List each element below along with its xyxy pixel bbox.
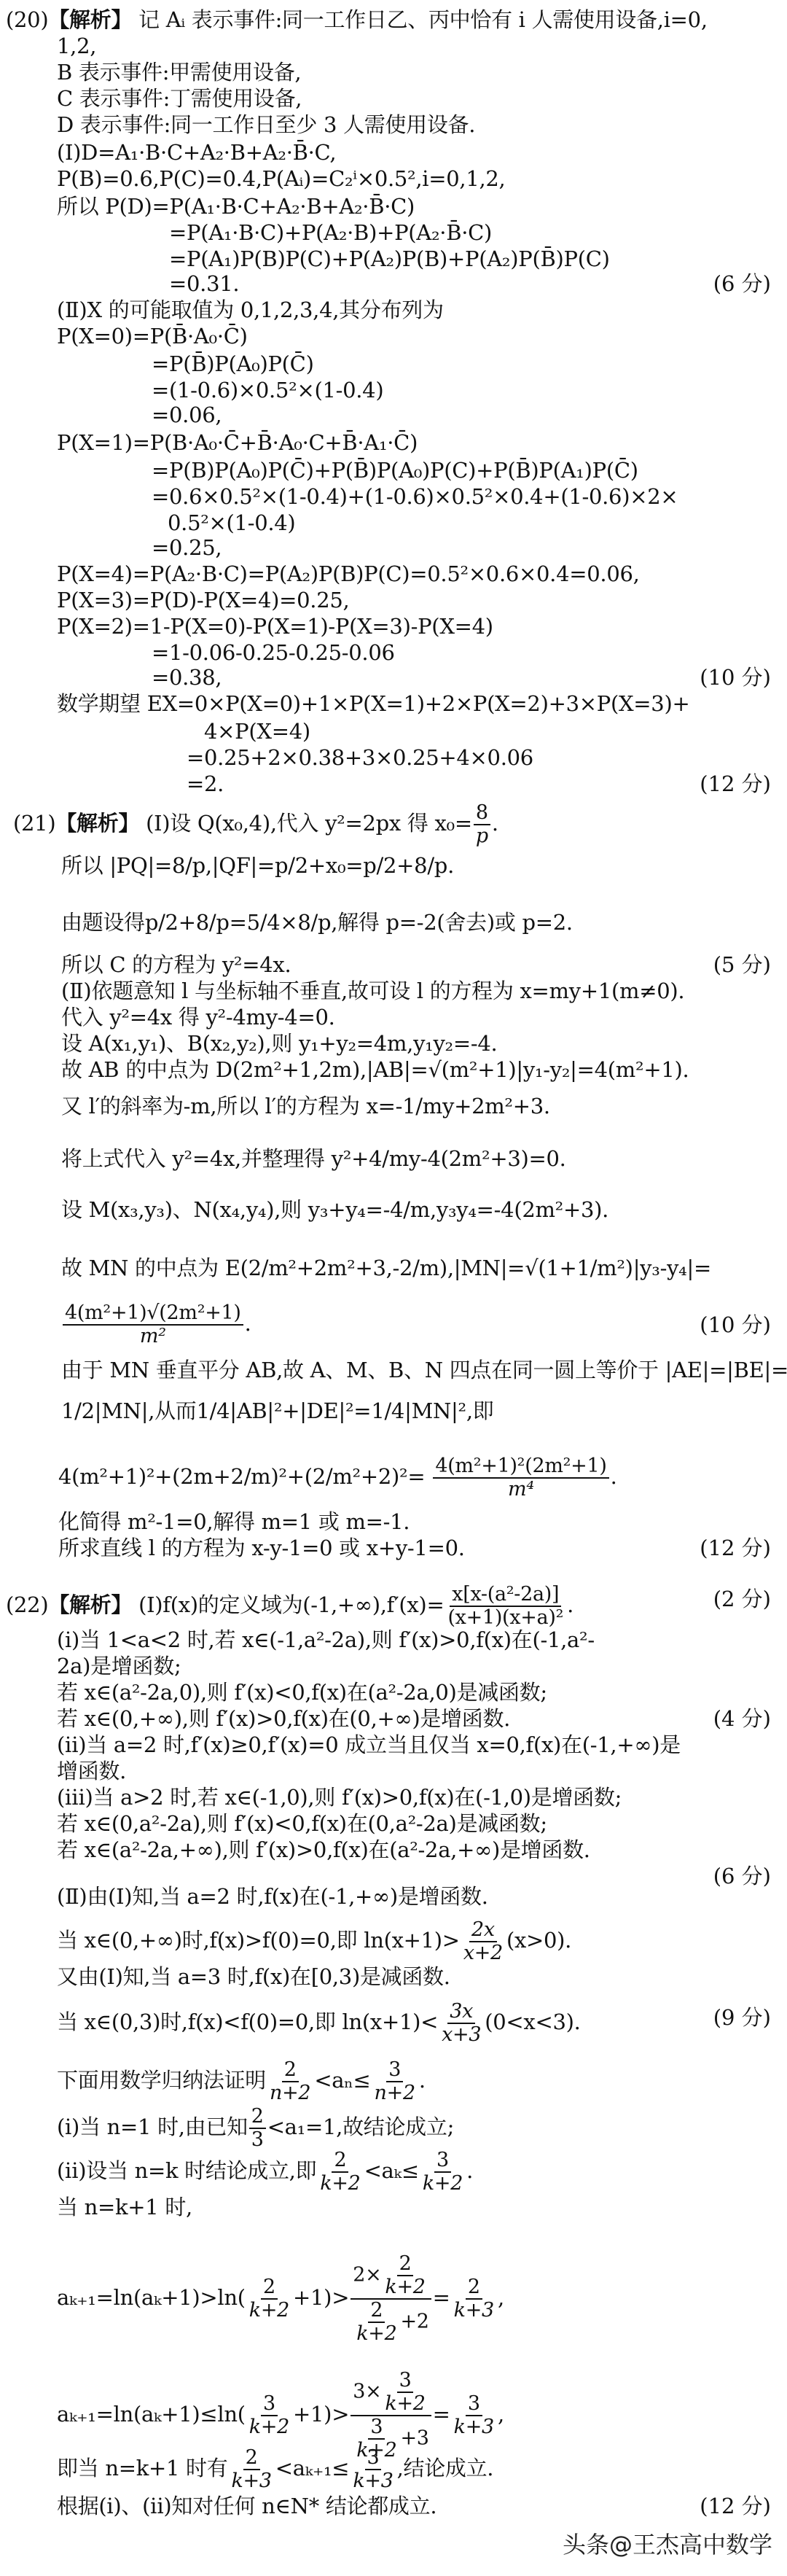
text-line: =P(B)P(A₀)P(C̄)+P(B̄)P(A₀)P(C)+P(B̄)P(A₁… bbox=[152, 458, 638, 483]
text-line: 若 x∈(a²-2a,0),则 f′(x)<0,f(x)在(a²-2a,0)是减… bbox=[57, 1680, 547, 1705]
fraction: 4(m²+1)²(2m²+1)m⁴ bbox=[433, 1455, 608, 1501]
text-line: 4(m²+1)²+(2m+2/m)²+(2/m²+2)²= 4(m²+1)²(2… bbox=[58, 1455, 617, 1501]
score-mark: (2 分) bbox=[713, 1587, 771, 1611]
solution-page: (20)【解析】 记 Aᵢ 表示事件:同一工作日乙、丙中恰有 i 人需使用设备,… bbox=[0, 0, 787, 2576]
text-line: 所以 P(D)=P(A₁·B·C+A₂·B+A₂·B̄·C) bbox=[57, 194, 415, 219]
text-line: 记 Aᵢ 表示事件:同一工作日乙、丙中恰有 i 人需使用设备,i=0, bbox=[138, 7, 708, 32]
fraction: 3n+2 bbox=[372, 2059, 418, 2104]
text-line: P(X=0)=P(B̄·A₀·C̄) bbox=[57, 324, 248, 349]
text-line: 化简得 m²-1=0,解得 m=1 或 m=-1. bbox=[58, 1509, 410, 1534]
text-line: aₖ₊₁=ln(aₖ+1)>ln(2k+2+1)>2×2k+22k+2+2=2k… bbox=[57, 2253, 504, 2345]
text-line: 根据(ⅰ)、(ⅱ)知对任何 n∈N* 结论都成立. bbox=[57, 2494, 436, 2518]
text-line: 4×P(X=4) bbox=[204, 719, 310, 744]
text-line: 又由(Ⅰ)知,当 a=3 时,f(x)在[0,3)是减函数. bbox=[57, 1964, 450, 1989]
problem-number: (22) bbox=[6, 1592, 48, 1617]
fraction: 2k+3 bbox=[229, 2447, 273, 2492]
analysis-tag: 【解析】 bbox=[55, 811, 139, 836]
text-line: =0.25, bbox=[152, 535, 222, 560]
problem-22-header: (22)【解析】 (Ⅰ)f(x)的定义域为(-1,+∞),f′(x)=x[x-(… bbox=[6, 1584, 573, 1629]
text-line: 又 l′的斜率为-m,所以 l′的方程为 x=-1/my+2m²+3. bbox=[61, 1094, 550, 1118]
text-line: 若 x∈(a²-2a,+∞),则 f′(x)>0,f(x)在(a²-2a,+∞)… bbox=[57, 1837, 590, 1862]
problem-number: (21) bbox=[13, 811, 55, 836]
text-line: 代入 y²=4x 得 y²-4my-4=0. bbox=[61, 1005, 335, 1030]
score-mark: (10 分) bbox=[700, 665, 771, 690]
text-line: 若 x∈(0,a²-2a),则 f′(x)<0,f(x)在(0,a²-2a)是减… bbox=[57, 1811, 547, 1836]
text-line: 增函数. bbox=[57, 1759, 126, 1783]
text-line: =0.6×0.5²×(1-0.4)+(1-0.6)×0.5²×0.4+(1-0.… bbox=[152, 484, 678, 509]
text-line: 1/2|MN|,从而1/4|AB|²+|DE|²=1/4|MN|²,即 bbox=[61, 1398, 493, 1423]
text-line: 0.5²×(1-0.4) bbox=[168, 510, 295, 535]
text-line: 数学期望 EX=0×P(X=0)+1×P(X=1)+2×P(X=2)+3×P(X… bbox=[57, 691, 689, 716]
text-line: 即当 n=k+1 时有2k+3<aₖ₊₁≤3k+3,结论成立. bbox=[57, 2447, 493, 2492]
text-line: =(1-0.6)×0.5²×(1-0.4) bbox=[152, 378, 383, 402]
text-line: 1,2, bbox=[57, 34, 96, 58]
score-mark: (12 分) bbox=[700, 771, 771, 796]
text-line: 当 x∈(0,+∞)时,f(x)>f(0)=0,即 ln(x+1)>2xx+2(… bbox=[57, 1919, 571, 1964]
text-line: (Ⅱ)由(Ⅰ)知,当 a=2 时,f(x)在(-1,+∞)是增函数. bbox=[57, 1884, 488, 1909]
text-line: 当 n=k+1 时, bbox=[57, 2195, 192, 2219]
score-mark: (6 分) bbox=[713, 271, 771, 296]
text-line: P(B)=0.6,P(C)=0.4,P(Aᵢ)=C₂ⁱ×0.5²,i=0,1,2… bbox=[57, 166, 505, 191]
fraction: 2k+3 bbox=[452, 2276, 496, 2322]
text-line: 2a)是增函数; bbox=[57, 1654, 181, 1678]
text-line: =0.06, bbox=[152, 402, 222, 427]
analysis-tag: 【解析】 bbox=[48, 7, 132, 32]
fraction: 2k+2 bbox=[318, 2149, 362, 2195]
score-mark: (6 分) bbox=[713, 1864, 771, 1888]
text-line: (Ⅱ)依题意知 l 与坐标轴不垂直,故可设 l 的方程为 x=my+1(m≠0)… bbox=[61, 978, 684, 1003]
text-line: (Ⅰ)设 Q(x₀,4),代入 y²=2px 得 x₀= bbox=[146, 811, 472, 836]
text-line: (ⅰ)当 1<a<2 时,若 x∈(-1,a²-2a),则 f′(x)>0,f(… bbox=[57, 1627, 595, 1652]
text-line: =1-0.06-0.25-0.25-0.06 bbox=[152, 640, 395, 665]
text-line: (Ⅱ)X 的可能取值为 0,1,2,3,4,其分布列为 bbox=[57, 297, 444, 322]
text-line: 故 AB 的中点为 D(2m²+1,2m),|AB|=√(m²+1)|y₁-y₂… bbox=[61, 1057, 689, 1082]
text-line: 若 x∈(0,+∞),则 f′(x)>0,f(x)在(0,+∞)是增函数. bbox=[57, 1706, 510, 1731]
fraction: 23 bbox=[249, 2106, 266, 2151]
text-line: 当 x∈(0,3)时,f(x)<f(0)=0,即 ln(x+1)<3xx+3(0… bbox=[57, 2001, 581, 2046]
text-line: (ⅰ)当 n=1 时,由已知23<a₁=1,故结论成立; bbox=[57, 2106, 454, 2151]
text-line: (Ⅰ)D=A₁·B·C+A₂·B+A₂·B̄·C, bbox=[57, 140, 336, 165]
fraction: 3k+2 bbox=[420, 2149, 465, 2195]
text-line: 所以 |PQ|=8/p,|QF|=p/2+x₀=p/2+8/p. bbox=[61, 853, 454, 878]
analysis-tag: 【解析】 bbox=[48, 1592, 132, 1617]
text-line: 下面用数学归纳法证明2n+2<aₙ≤3n+2. bbox=[57, 2059, 426, 2104]
text-line: 由于 MN 垂直平分 AB,故 A、M、B、N 四点在同一圆上等价于 |AE|=… bbox=[61, 1358, 787, 1382]
fraction: 2n+2 bbox=[267, 2059, 313, 2104]
text-line: 将上式代入 y²=4x,并整理得 y²+4/my-4(2m²+3)=0. bbox=[61, 1146, 566, 1171]
text-line: (ⅱ)当 a=2 时,f′(x)≥0,f′(x)=0 成立当且仅当 x=0,f(… bbox=[57, 1732, 681, 1757]
fraction: 2k+2 bbox=[247, 2276, 291, 2322]
text-line: (ⅲ)当 a>2 时,若 x∈(-1,0),则 f′(x)>0,f(x)在(-1… bbox=[57, 1785, 622, 1810]
fraction: 3k+3 bbox=[452, 2393, 496, 2438]
text-line: P(X=1)=P(B·A₀·C̄+B̄·A₀·C+B̄·A₁·C̄) bbox=[57, 430, 418, 455]
fraction: 3xx+3 bbox=[439, 2001, 483, 2046]
text-line: (ⅱ)设当 n=k 时结论成立,即2k+2<aₖ≤3k+2. bbox=[57, 2149, 473, 2195]
fraction: 2×2k+22k+2+2 bbox=[351, 2253, 431, 2345]
text-line: P(X=4)=P(A₂·B·C)=P(A₂)P(B)P(C)=0.5²×0.6×… bbox=[57, 561, 640, 586]
text-line: P(X=3)=P(D)-P(X=4)=0.25, bbox=[57, 588, 349, 612]
text-line: 由题设得p/2+8/p=5/4×8/p,解得 p=-2(舍去)或 p=2. bbox=[61, 910, 573, 935]
text-line: 故 MN 的中点为 E(2/m²+2m²+3,-2/m),|MN|=√(1+1/… bbox=[61, 1256, 711, 1280]
text-line: C 表示事件:丁需使用设备, bbox=[57, 86, 302, 111]
score-mark: (9 分) bbox=[713, 2005, 771, 2030]
fraction: 8p bbox=[474, 802, 490, 847]
fraction: 4(m²+1)√(2m²+1)m² bbox=[63, 1302, 243, 1347]
score-mark: (12 分) bbox=[700, 1536, 771, 1560]
fraction: 3k+3 bbox=[351, 2447, 395, 2492]
text-line: D 表示事件:同一工作日至少 3 人需使用设备. bbox=[57, 112, 475, 137]
problem-20-header: (20)【解析】 记 Aᵢ 表示事件:同一工作日乙、丙中恰有 i 人需使用设备,… bbox=[6, 7, 708, 32]
text-line: =0.25+2×0.38+3×0.25+4×0.06 bbox=[187, 745, 533, 770]
problem-number: (20) bbox=[6, 7, 48, 32]
text-line: =0.31. bbox=[169, 271, 239, 296]
text-line: =0.38, bbox=[152, 665, 222, 690]
text-line: =P(A₁)P(B)P(C)+P(A₂)P(B)+P(A₂)P(B̄)P(C) bbox=[169, 246, 610, 271]
text-line: B 表示事件:甲需使用设备, bbox=[57, 60, 301, 85]
text-line: 设 A(x₁,y₁)、B(x₂,y₂),则 y₁+y₂=4m,y₁y₂=-4. bbox=[61, 1031, 497, 1056]
text-line: 所以 C 的方程为 y²=4x. bbox=[61, 952, 291, 977]
fraction: x[x-(a²-2a)](x+1)(x+a)² bbox=[445, 1584, 565, 1629]
text-line: 4(m²+1)√(2m²+1)m². bbox=[61, 1302, 251, 1347]
score-mark: (10 分) bbox=[700, 1312, 771, 1337]
score-mark: (5 分) bbox=[713, 952, 771, 977]
score-mark: (12 分) bbox=[700, 2494, 771, 2518]
text-line: =P(A₁·B·C)+P(A₂·B)+P(A₂·B̄·C) bbox=[169, 220, 492, 245]
fraction: 2xx+2 bbox=[461, 1919, 505, 1964]
fraction: 3k+2 bbox=[247, 2393, 291, 2438]
watermark: 头条@王杰高中数学 bbox=[563, 2526, 772, 2560]
text-line: P(X=2)=1-P(X=0)-P(X=1)-P(X=3)-P(X=4) bbox=[57, 614, 493, 639]
score-mark: (4 分) bbox=[713, 1706, 771, 1731]
text-line: 设 M(x₃,y₃)、N(x₄,y₄),则 y₃+y₄=-4/m,y₃y₄=-4… bbox=[61, 1197, 608, 1222]
text-line: =P(B̄)P(A₀)P(C̄) bbox=[152, 351, 314, 376]
problem-21-header: (21)【解析】 (Ⅰ)设 Q(x₀,4),代入 y²=2px 得 x₀=8p. bbox=[13, 802, 498, 847]
text-line: =2. bbox=[187, 771, 224, 796]
text-line: 所求直线 l 的方程为 x-y-1=0 或 x+y-1=0. bbox=[58, 1536, 465, 1560]
